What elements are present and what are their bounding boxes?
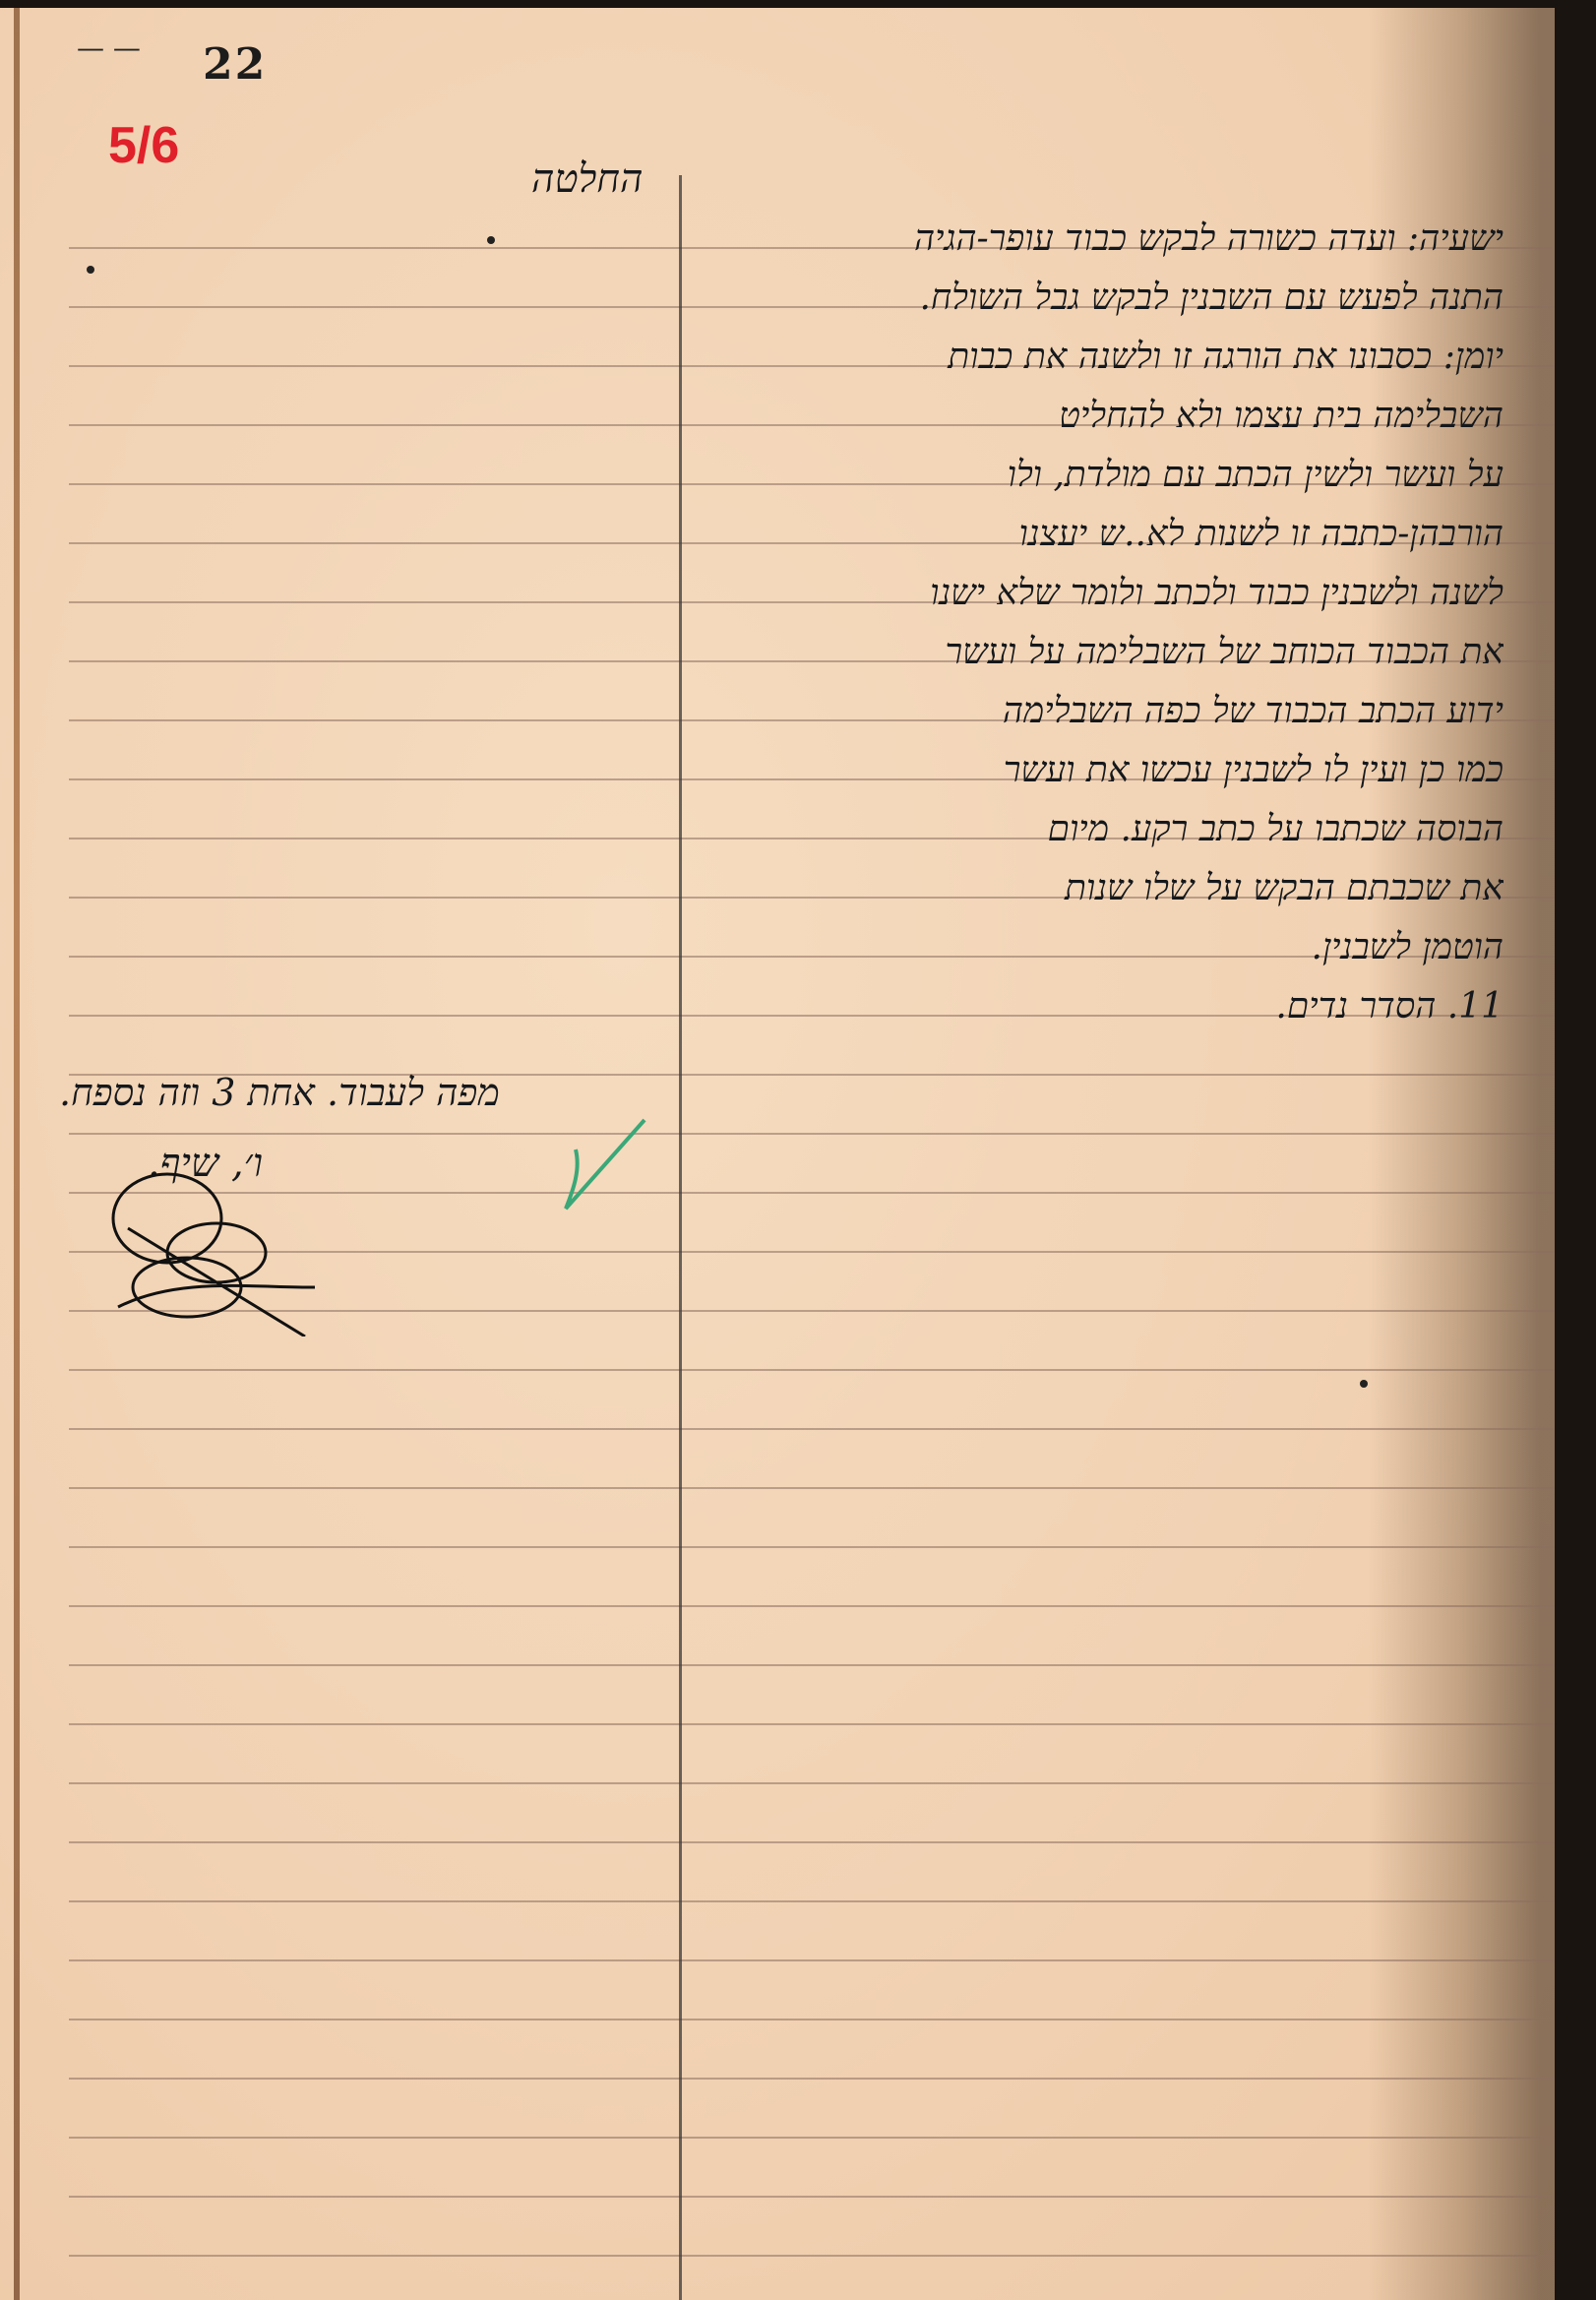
body-line: השבלימה בית עצמו ולא להחליט (638, 387, 1504, 446)
body-line: הוטמן לשבנין. (638, 918, 1504, 977)
minutes-body: ישעיה: ועדה כשורה לבקש כבוד עופר-הגיה הת… (638, 210, 1504, 1036)
checkmark-icon (546, 1110, 664, 1218)
body-line: כמו כן ועין לו לשבנין עכשו את ועשר (638, 741, 1504, 800)
body-line: ישעיה: ועדה כשורה לבקש כבוד עופר-הגיה (638, 210, 1504, 269)
page-number: 22 (203, 39, 267, 90)
signature-icon (98, 1159, 325, 1336)
binding-edge (14, 8, 20, 2300)
body-line: 11. הסדר נדים. (638, 977, 1504, 1036)
body-line: התנה לפעש עם השבנין לבקש גבל השולח. (638, 269, 1504, 328)
body-line: את הכבוד הכוחב של השבלימה על ועשר (638, 623, 1504, 682)
header-dashes: — — (77, 31, 141, 64)
body-line: לשנה ולשבנין כבוד ולכתב ולומר שלא ישנו (638, 564, 1504, 623)
notebook-page: — — 22 5/6 החלטה ישעיה: ועדה כשורה לבקש … (0, 8, 1555, 2300)
page-label: 5/6 (108, 116, 179, 175)
body-line: על ועשר ולשין הכתב עם מולדת, ולו (638, 446, 1504, 505)
ink-dot (1360, 1380, 1368, 1388)
margin-heading: החלטה (531, 155, 643, 202)
body-line: הורבהן-כתבה זו לשנות לא..ש יעצנו (638, 505, 1504, 564)
body-line: יומן: כסבונו את הורגה זו ולשנה את כבות (638, 328, 1504, 387)
body-line: ידוע הכתב הכבוד של כפה השבלימה (638, 682, 1504, 741)
ink-dot (487, 236, 495, 244)
margin-note: מפה לעבוד. אחת 3 וזה נספח. (59, 1071, 500, 1115)
body-line: הבוסה שכתבו על כתב רקע. מיום (638, 800, 1504, 859)
ink-dot (87, 266, 94, 274)
body-line: את שכבתם הבקש על שלו שנות (638, 859, 1504, 918)
